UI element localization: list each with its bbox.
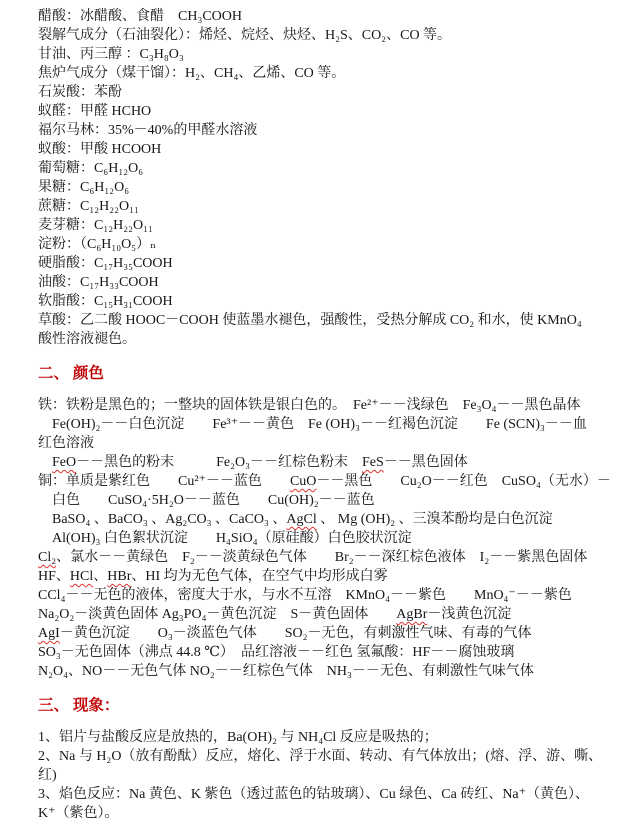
text-run: 麦芽糖：C₁₂H₂₂O₁₁ bbox=[38, 218, 153, 233]
text-run: 红色溶液 bbox=[38, 436, 94, 451]
text-line: 软脂酸：C₁₅H₃₁COOH bbox=[38, 292, 619, 311]
text-run: 草酸：乙二酸 HOOC－COOH 使蓝墨水褪色，强酸性，受热分解成 CO₂ 和水… bbox=[38, 313, 582, 328]
text-line: Fe(OH)₂－－白色沉淀 Fe³⁺－－黄色 Fe (OH)₃－－红褐色沉淀 F… bbox=[38, 415, 619, 434]
text-run: CCl₄－－无色的液体，密度大于水，与水不互溶 KMnO₄－－紫色 MnO₄⁻－… bbox=[38, 588, 572, 603]
text-line: K⁺（紫色）。 bbox=[38, 804, 619, 823]
text-line: 硬脂酸：C₁₇H₃₅COOH bbox=[38, 254, 619, 273]
text-line: 蚁酸：甲酸 HCOOH bbox=[38, 140, 619, 159]
text-line: BaSO₄ 、BaCO₃ 、Ag₂CO₃ 、CaCO₃ 、AgCl 、 Mg (… bbox=[38, 510, 619, 529]
misspelled-term: AgCl bbox=[286, 512, 316, 527]
text-line: 蔗糖：C₁₂H₂₂O₁₁ bbox=[38, 197, 619, 216]
text-run: 焦炉气成分（煤干馏）：H₂、CH₄、乙烯、CO 等。 bbox=[38, 66, 345, 81]
text-line: 果糖：C₆H₁₂O₆ bbox=[38, 178, 619, 197]
section-heading: 二、 颜色 bbox=[38, 363, 619, 384]
text-line: 酸性溶液褪色。 bbox=[38, 330, 619, 349]
text-run: 白色 CuSO₄·5H₂O－－蓝色 Cu(OH)₂－－蓝色 bbox=[38, 493, 375, 508]
text-line: 醋酸：冰醋酸、食醋 CH₃COOH bbox=[38, 7, 619, 26]
text-run: －－黑色的粉末 Fe₂O₃－－红棕色粉末 bbox=[76, 455, 362, 470]
text-line: 白色 CuSO₄·5H₂O－－蓝色 Cu(OH)₂－－蓝色 bbox=[38, 491, 619, 510]
misspelled-term: AgBr bbox=[396, 607, 427, 622]
text-run bbox=[38, 455, 52, 470]
misspelled-term: AgI bbox=[38, 626, 60, 641]
text-line: 福尔马林：35%－40%的甲醛水溶液 bbox=[38, 121, 619, 140]
text-run: 蔗糖：C₁₂H₂₂O₁₁ bbox=[38, 199, 139, 214]
text-line: 焦炉气成分（煤干馏）：H₂、CH₄、乙烯、CO 等。 bbox=[38, 64, 619, 83]
misspelled-term: CuO bbox=[290, 474, 316, 489]
text-run: 裂解气成分（石油裂化）：烯烃、烷烃、炔烃、H₂S、CO₂、CO 等。 bbox=[38, 28, 451, 43]
text-run: 、氯水－－黄绿色 F₂－－淡黄绿色气体 Br₂－－深红棕色液体 I₂－－紫黑色固… bbox=[56, 550, 587, 565]
text-run: N₂O₄、NO－－无色气体 NO₂－－红棕色气体 NH₃－－无色、有刺激性气味气… bbox=[38, 664, 534, 679]
text-run: 石炭酸：苯酚 bbox=[38, 85, 122, 100]
text-run: K⁺（紫色）。 bbox=[38, 806, 119, 821]
text-run: 、 Mg (OH)₂ 、三溴苯酚均是白色沉淀 bbox=[317, 512, 553, 527]
text-run: －－黑色固体 bbox=[384, 455, 468, 470]
text-run: －－黑色 Cu₂O－－红色 CuSO₄（无水）－ bbox=[316, 474, 610, 489]
text-run: 醋酸：冰醋酸、食醋 CH₃COOH bbox=[38, 9, 242, 24]
text-line: 1、铝片与盐酸反应是放热的，Ba(OH)₂ 与 NH₄Cl 反应是吸热的； bbox=[38, 728, 619, 747]
text-run: －浅黄色沉淀 bbox=[427, 607, 511, 622]
text-line: 淀粉：（C₆H₁₀O₅）ₙ bbox=[38, 235, 619, 254]
section-heading: 三、 现象： bbox=[38, 695, 619, 716]
text-line: 油酸：C₁₇H₃₃COOH bbox=[38, 273, 619, 292]
text-run: Fe(OH)₂－－白色沉淀 Fe³⁺－－黄色 Fe (OH)₃－－红褐色沉淀 F… bbox=[38, 417, 587, 432]
text-line: 麦芽糖：C₁₂H₂₂O₁₁ bbox=[38, 216, 619, 235]
text-line: 草酸：乙二酸 HOOC－COOH 使蓝墨水褪色，强酸性，受热分解成 CO₂ 和水… bbox=[38, 311, 619, 330]
text-line: 3、焰色反应：Na 黄色、K 紫色（透过蓝色的钴玻璃）、Cu 绿色、Ca 砖红、… bbox=[38, 785, 619, 804]
text-run: 1、铝片与盐酸反应是放热的，Ba(OH)₂ 与 NH₄Cl 反应是吸热的； bbox=[38, 730, 438, 745]
text-line: Al(OH)₃ 白色絮状沉淀 H₄SiO₄（原硅酸）白色胶状沉淀 bbox=[38, 529, 619, 548]
text-run: 福尔马林：35%－40%的甲醛水溶液 bbox=[38, 123, 257, 138]
text-run: －黄色沉淀 O₃－淡蓝色气体 SO₂－无色，有刺激性气味、有毒的气体 bbox=[60, 626, 532, 641]
text-run: 3、焰色反应：Na 黄色、K 紫色（透过蓝色的钴玻璃）、Cu 绿色、Ca 砖红、… bbox=[38, 787, 589, 802]
text-line: 石炭酸：苯酚 bbox=[38, 83, 619, 102]
text-run: 淀粉：（C₆H₁₀O₅）ₙ bbox=[38, 237, 156, 252]
text-run: Al(OH)₃ 白色絮状沉淀 H₄SiO₄（原硅酸）白色胶状沉淀 bbox=[38, 531, 412, 546]
text-line: Na₂O₂－淡黄色固体 Ag₃PO₄－黄色沉淀 S－黄色固体 AgBr－浅黄色沉… bbox=[38, 605, 619, 624]
text-run: 硬脂酸：C₁₇H₃₅COOH bbox=[38, 256, 173, 271]
text-run: 铁：铁粉是黑色的；一整块的固体铁是银白色的。 Fe²⁺－－浅绿色 Fe₃O₄－－… bbox=[38, 398, 580, 413]
text-line: HF、HCl、HBr、HI 均为无色气体，在空气中均形成白雾 bbox=[38, 567, 619, 586]
text-line: 红色溶液 bbox=[38, 434, 619, 453]
text-run: HF、 bbox=[38, 569, 70, 584]
text-run: 葡萄糖：C₆H₁₂O₆ bbox=[38, 161, 143, 176]
text-run: 甘油、丙三醇 ：C₃H₈O₃ bbox=[38, 47, 184, 62]
misspelled-term: FeS bbox=[362, 455, 384, 470]
text-run: 软脂酸：C₁₅H₃₁COOH bbox=[38, 294, 173, 309]
text-run: 2、Na 与 H₂O（放有酚酞）反应，熔化、浮于水面、转动、有气体放出；(熔、浮… bbox=[38, 749, 602, 764]
text-line: SO₃－无色固体（沸点 44.8 ℃） 品红溶液－－红色 氢氟酸：HF－－腐蚀玻… bbox=[38, 643, 619, 662]
text-line: AgI－黄色沉淀 O₃－淡蓝色气体 SO₂－无色，有刺激性气味、有毒的气体 bbox=[38, 624, 619, 643]
text-run: 酸性溶液褪色。 bbox=[38, 332, 136, 347]
misspelled-term: Cl₂ bbox=[38, 550, 56, 565]
text-run: 三、 现象： bbox=[38, 697, 119, 714]
text-line: 2、Na 与 H₂O（放有酚酞）反应，熔化、浮于水面、转动、有气体放出；(熔、浮… bbox=[38, 747, 619, 766]
text-line: FeO－－黑色的粉末 Fe₂O₃－－红棕色粉末 FeS－－黑色固体 bbox=[38, 453, 619, 472]
misspelled-term: FeO bbox=[52, 455, 76, 470]
text-run: 二、 颜色 bbox=[38, 365, 104, 382]
misspelled-term: HBr bbox=[107, 569, 131, 584]
text-run: 、 bbox=[93, 569, 107, 584]
text-run: 铜：单质是紫红色 Cu²⁺－－蓝色 bbox=[38, 474, 290, 489]
text-run: BaSO₄ 、BaCO₃ 、Ag₂CO₃ 、CaCO₃ 、 bbox=[38, 512, 286, 527]
text-run: SO₃－无色固体（沸点 44.8 ℃） 品红溶液－－红色 氢氟酸：HF－－腐蚀玻… bbox=[38, 645, 514, 660]
text-run: 蚁酸：甲酸 HCOOH bbox=[38, 142, 161, 157]
text-run: Na₂O₂－淡黄色固体 Ag₃PO₄－黄色沉淀 S－黄色固体 bbox=[38, 607, 396, 622]
text-line: 甘油、丙三醇 ：C₃H₈O₃ bbox=[38, 45, 619, 64]
text-line: 裂解气成分（石油裂化）：烯烃、烷烃、炔烃、H₂S、CO₂、CO 等。 bbox=[38, 26, 619, 45]
text-line: 葡萄糖：C₆H₁₂O₆ bbox=[38, 159, 619, 178]
text-line: 红) bbox=[38, 766, 619, 785]
misspelled-term: HCl bbox=[70, 569, 93, 584]
text-line: 蚁醛：甲醛 HCHO bbox=[38, 102, 619, 121]
text-run: 、HI 均为无色气体，在空气中均形成白雾 bbox=[131, 569, 387, 584]
text-run: 油酸：C₁₇H₃₃COOH bbox=[38, 275, 159, 290]
text-line: N₂O₄、NO－－无色气体 NO₂－－红棕色气体 NH₃－－无色、有刺激性气味气… bbox=[38, 662, 619, 681]
text-line: 铁：铁粉是黑色的；一整块的固体铁是银白色的。 Fe²⁺－－浅绿色 Fe₃O₄－－… bbox=[38, 396, 619, 415]
text-run: 果糖：C₆H₁₂O₆ bbox=[38, 180, 129, 195]
document-page: 醋酸：冰醋酸、食醋 CH₃COOH裂解气成分（石油裂化）：烯烃、烷烃、炔烃、H₂… bbox=[0, 0, 627, 823]
text-run: 蚁醛：甲醛 HCHO bbox=[38, 104, 151, 119]
text-run: 红) bbox=[38, 768, 57, 783]
text-line: Cl₂、氯水－－黄绿色 F₂－－淡黄绿色气体 Br₂－－深红棕色液体 I₂－－紫… bbox=[38, 548, 619, 567]
text-line: CCl₄－－无色的液体，密度大于水，与水不互溶 KMnO₄－－紫色 MnO₄⁻－… bbox=[38, 586, 619, 605]
text-line: 铜：单质是紫红色 Cu²⁺－－蓝色 CuO－－黑色 Cu₂O－－红色 CuSO₄… bbox=[38, 472, 619, 491]
